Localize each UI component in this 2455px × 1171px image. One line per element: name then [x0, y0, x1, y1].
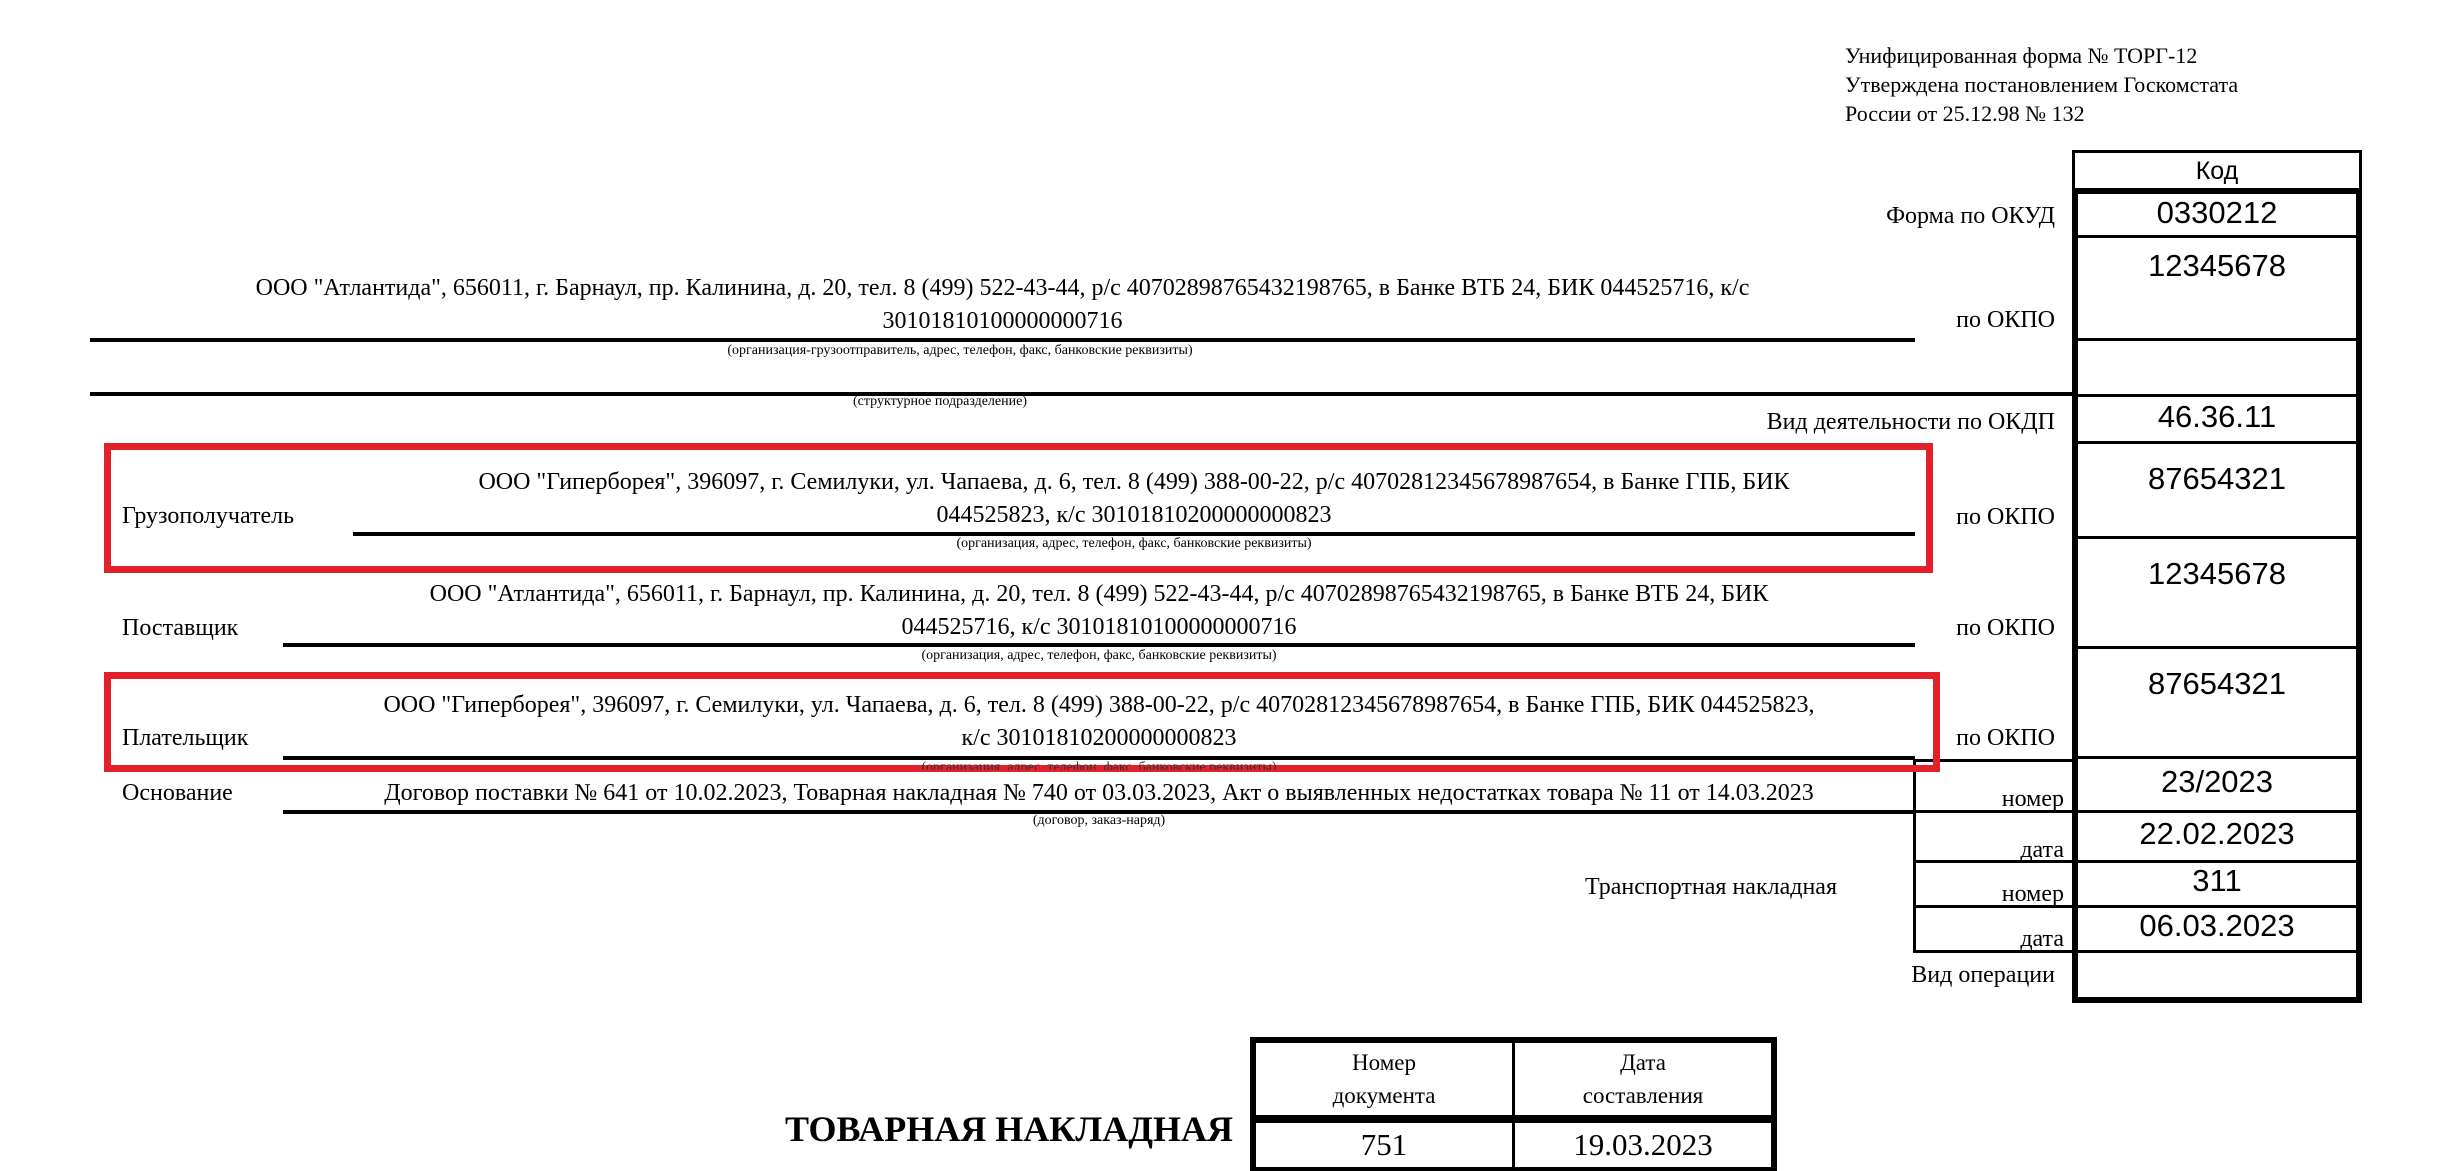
transport-waybill-label: Транспортная накладная: [1585, 874, 1837, 901]
basis-text: Договор поставки № 641 от 10.02.2023, То…: [283, 777, 1915, 810]
doc-number-value: 751: [1253, 1119, 1514, 1170]
consignee-label: Грузополучатель: [122, 503, 294, 530]
payer-line-1: ООО "Гиперборея", 396097, г. Семилуки, у…: [283, 689, 1915, 722]
operation-code: [2072, 953, 2362, 1003]
transport-date-code: 06.03.2023: [2072, 908, 2362, 953]
okdp-code: 46.36.11: [2072, 397, 2362, 444]
consignor-underline: [90, 338, 1915, 342]
supplier-underline: [283, 643, 1915, 647]
consignor-details: ООО "Атлантида", 656011, г. Барнаул, пр.…: [90, 272, 1915, 338]
consignee-okpo-label: по ОКПО: [1956, 504, 2055, 531]
basis-date-code: 22.02.2023: [2072, 813, 2362, 863]
payer-caption: (организация, адрес, телефон, факс, банк…: [283, 760, 1915, 770]
form-header-line-3: России от 25.12.98 № 132: [1845, 99, 2085, 128]
basis-label: Основание: [122, 780, 233, 807]
basis-caption: (договор, заказ-наряд): [283, 813, 1915, 829]
document-table: Номердокумента Датасоставления 751 19.03…: [1250, 1037, 1777, 1171]
payer-okpo-label: по ОКПО: [1956, 725, 2055, 752]
subdivision-caption: (структурное подразделение): [90, 394, 1790, 410]
consignor-okpo-label: по ОКПО: [1956, 307, 2055, 334]
code-header: Код: [2072, 150, 2362, 194]
transport-number-label: номер: [1913, 863, 2072, 908]
consignee-caption: (организация, адрес, телефон, факс, банк…: [353, 536, 1915, 552]
basis-number-code: 23/2023: [2072, 759, 2362, 813]
supplier-line-2: 044525716, к/с 30101810100000000716: [283, 611, 1915, 644]
form-header-line-2: Утверждена постановлением Госкомстата: [1845, 70, 2238, 99]
doc-date-value: 19.03.2023: [1514, 1119, 1775, 1170]
consignee-details: ООО "Гиперборея", 396097, г. Семилуки, у…: [353, 466, 1915, 532]
okud-code: 0330212: [2072, 194, 2362, 238]
consignor-caption: (организация-грузоотправитель, адрес, те…: [90, 343, 1830, 359]
payer-line-2: к/с 30101810200000000823: [283, 722, 1915, 755]
consignee-line-2: 044525823, к/с 30101810200000000823: [353, 499, 1915, 532]
okdp-label: Вид деятельности по ОКДП: [1767, 409, 2055, 436]
document-title: ТОВАРНАЯ НАКЛАДНАЯ: [785, 1108, 1233, 1150]
consignor-okpo-value: 12345678: [2148, 248, 2286, 283]
consignee-okpo-code: 87654321: [2072, 444, 2362, 539]
supplier-okpo-label: по ОКПО: [1956, 615, 2055, 642]
transport-date-label: дата: [1913, 908, 2072, 953]
operation-label: Вид операции: [1911, 962, 2055, 989]
consignee-line-1: ООО "Гиперборея", 396097, г. Семилуки, у…: [353, 466, 1915, 499]
payer-label: Плательщик: [122, 725, 248, 752]
doc-date-header: Датасоставления: [1514, 1040, 1775, 1119]
consignor-line-1: ООО "Атлантида", 656011, г. Барнаул, пр.…: [90, 272, 1915, 305]
basis-date-label: дата: [1913, 813, 2072, 863]
form-header-line-1: Унифицированная форма № ТОРГ-12: [1845, 41, 2197, 70]
payer-okpo-code: 87654321: [2072, 649, 2362, 759]
supplier-label: Поставщик: [122, 615, 238, 642]
payer-details: ООО "Гиперборея", 396097, г. Семилуки, у…: [283, 689, 1915, 755]
consignor-line-2: 30101810100000000716: [90, 305, 1915, 338]
consignor-okpo-code: 12345678: [2072, 238, 2362, 341]
subdivision-code: [2072, 341, 2362, 397]
supplier-okpo-code: 12345678: [2072, 539, 2362, 649]
supplier-line-1: ООО "Атлантида", 656011, г. Барнаул, пр.…: [283, 578, 1915, 611]
doc-number-header: Номердокумента: [1253, 1040, 1514, 1119]
transport-number-code: 311: [2072, 863, 2362, 908]
supplier-details: ООО "Атлантида", 656011, г. Барнаул, пр.…: [283, 578, 1915, 644]
supplier-caption: (организация, адрес, телефон, факс, банк…: [283, 648, 1915, 664]
okud-label: Форма по ОКУД: [1886, 203, 2055, 230]
